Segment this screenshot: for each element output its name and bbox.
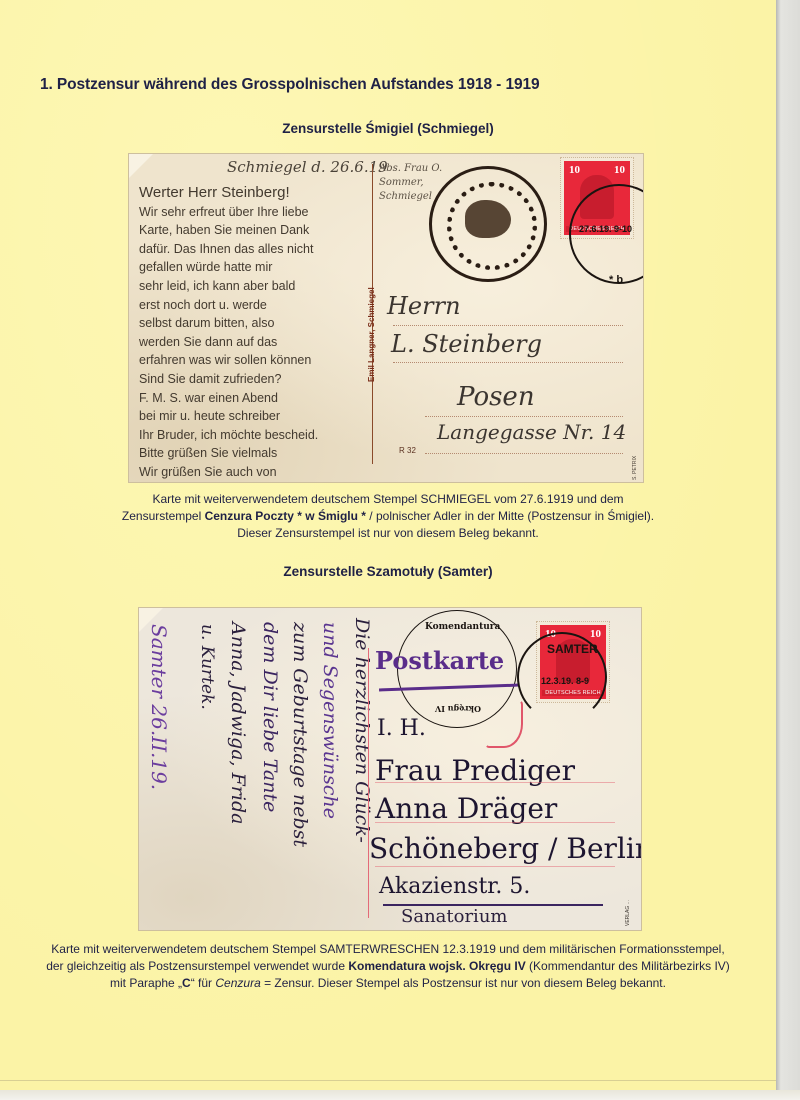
printer-mark: VERLAG ... (625, 900, 631, 926)
address-rule (375, 822, 615, 823)
message-date: Samter 26.II.19. (147, 624, 171, 790)
address-line: Langegasse Nr. 14 (437, 420, 626, 444)
caption-szamotuly: Karte mit weiterverwendetem deutschem St… (0, 941, 776, 992)
address-line: Akazienstr. 5. (379, 874, 530, 899)
caption-line: Zensurstempel Cenzura Poczty * w Śmiglu … (0, 508, 776, 525)
message-line: Sind Sie damit zufrieden? (139, 370, 318, 389)
message-line: erst noch dort u. werde (139, 296, 318, 315)
message-line: Karte, haben Sie meinen Dank (139, 221, 318, 240)
polish-eagle-emblem (465, 200, 511, 238)
address-rule (393, 325, 623, 326)
address-line: Anna Dräger (375, 792, 557, 825)
caption-italic-term: Cenzura (215, 976, 260, 990)
postcard-smigiel: Schmiegel d. 26.6.19 Werter Herr Steinbe… (129, 154, 643, 482)
address-rule (425, 453, 623, 454)
postkarte-label: Postkarte (375, 646, 504, 675)
caption-line: Karte mit weiterverwendetem deutschem St… (0, 941, 776, 958)
section-heading-szamotuly: Zensurstelle Szamotuły (Samter) (0, 564, 776, 579)
address-line: Posen (457, 382, 535, 412)
printer-mark: S. PETRIX (632, 456, 638, 480)
page-border-line (0, 1080, 776, 1081)
message-line: zum Geburtstage nebst (289, 622, 311, 847)
censor-stamp-name: Komendatura wojsk. Okręgu IV (348, 959, 525, 973)
caption-line: Dieser Zensurstempel ist nur von diesem … (0, 525, 776, 542)
address-rule (375, 782, 615, 783)
caption-text: Zensurstempel (122, 509, 205, 523)
message-line: gefallen würde hatte mir (139, 258, 318, 277)
message-line: sehr leid, ich kann aber bald (139, 277, 318, 296)
scanner-edge-bottom (0, 1090, 800, 1100)
message-line: Die herzlichsten Glück- (351, 618, 373, 843)
message-line: Wir grüßen Sie auch von (139, 463, 318, 482)
paraphe-letter: C (182, 976, 191, 990)
message-line: Ihr Bruder, ich möchte bescheid. (139, 426, 318, 445)
caption-smigiel: Karte mit weiterverwendetem deutschem St… (0, 491, 776, 542)
message-line: dafür. Das Ihnen das alles nicht (139, 240, 318, 259)
postcard-szamotuly: Samter 26.II.19. u. Kurtek. Anna, Jadwig… (139, 608, 641, 930)
message-line: u. Kurtek. (197, 624, 217, 710)
address-line: Herrn (387, 292, 461, 320)
message-line: Werter Herr Steinberg! (139, 184, 318, 203)
page-title: 1. Postzensur während des Grosspolnische… (40, 76, 540, 94)
stamp-value: 10 (614, 164, 625, 176)
address-line: Sanatorium (401, 906, 507, 927)
address-line: Schöneberg / Berlin (369, 832, 641, 865)
message-line: werden Sie dann auf das (139, 333, 318, 352)
censor-stamp-name: Cenzura Poczty * w Śmiglu * (205, 509, 366, 523)
stamp-value: 10 (569, 164, 580, 176)
caption-text: = Zensur. Dieser Stempel als Postzensur … (261, 976, 666, 990)
message-line: bei mir u. heute schreiber (139, 407, 318, 426)
publisher-imprint: Emil Langner, Schmiegel (367, 287, 376, 382)
card-divider-line (368, 648, 369, 918)
komendantura-stamp-bottom: Okręgu IV (435, 704, 481, 714)
message-line: F. M. S. war einen Abend (139, 389, 318, 408)
scanner-edge (776, 0, 800, 1100)
caption-text: “ für (191, 976, 216, 990)
caption-text: / polnischer Adler in der Mitte (Postzen… (366, 509, 654, 523)
caption-line: mit Paraphe „C“ für Cenzura = Zensur. Di… (0, 975, 776, 992)
address-rule (393, 362, 623, 363)
komendantura-stamp-top: Komendantura (425, 622, 500, 632)
message-line: und Segenswünsche (319, 622, 341, 819)
handwritten-message: Samter 26.II.19. u. Kurtek. Anna, Jadwig… (139, 608, 379, 930)
caption-line: Karte mit weiterverwendetem deutschem St… (0, 491, 776, 508)
address-rule (375, 866, 615, 867)
postmark-date: 12.3.19. 8-9 (541, 676, 589, 686)
postmark-suffix: * b (609, 274, 623, 286)
caption-line: der gleichzeitig als Postzensurstempel v… (0, 958, 776, 975)
message-line: Bitte grüßen Sie vielmals (139, 444, 318, 463)
section-heading-smigiel: Zensurstelle Śmigiel (Schmiegel) (0, 121, 776, 136)
caption-text: (Kommendantur des Militärbezirks IV) (526, 959, 730, 973)
address-rule (425, 416, 623, 417)
address-line: L. Steinberg (391, 330, 542, 358)
message-line: Anna, Jadwiga, Frida (227, 622, 249, 824)
caption-text: mit Paraphe „ (110, 976, 182, 990)
postmark-place: SAMTER (547, 642, 598, 656)
stamp-value: 10 (590, 628, 601, 640)
paraphe-c-mark (485, 700, 523, 748)
message-line: erfahren was wir sollen können (139, 351, 318, 370)
message-line: Wir sehr erfreut über Ihre liebe (139, 203, 318, 222)
message-line: Familie Karolczak! Auch Ihnen (139, 482, 318, 483)
message-line: selbst darum bitten, also (139, 314, 318, 333)
card-number: R 32 (399, 446, 416, 455)
handwritten-message: Werter Herr Steinberg! Wir sehr erfreut … (139, 184, 318, 482)
postmark-date: 27.6.19. 9-10 (579, 224, 632, 234)
address-line: I. H. (377, 716, 426, 741)
message-date: Schmiegel d. 26.6.19 (227, 158, 388, 176)
message-line: dem Dir liebe Tante (259, 622, 281, 812)
corner-fold (129, 154, 153, 178)
caption-text: der gleichzeitig als Postzensurstempel v… (46, 959, 348, 973)
